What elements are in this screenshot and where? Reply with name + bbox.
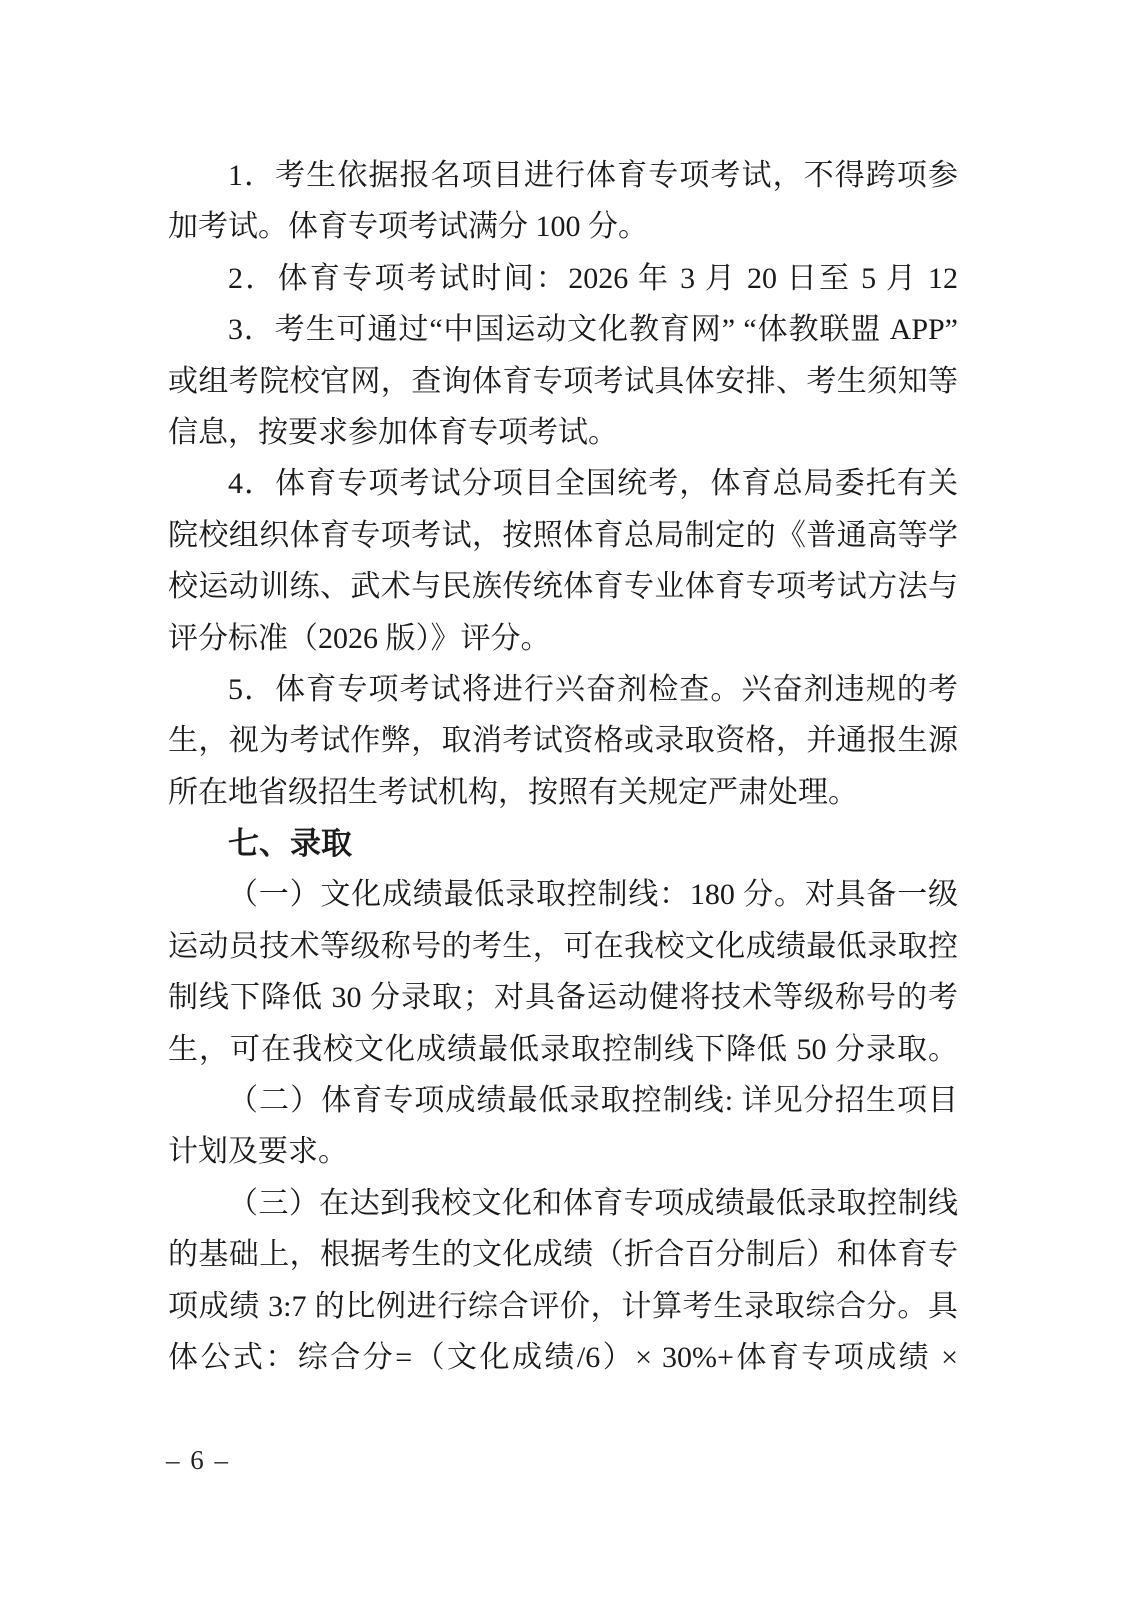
text-line: 3．考生可通过“中国运动文化教育网” “体教联盟 APP” [168, 304, 958, 355]
text-line: （二）体育专项成绩最低录取控制线: 详见分招生项目 [168, 1075, 958, 1126]
item-san: （三）在达到我校文化和体育专项成绩最低录取控制线的基础上，根据考生的文化成绩（折… [168, 1178, 958, 1384]
text-line: 4．体育专项考试分项目全国统考，体育总局委托有关 [168, 458, 958, 509]
document-page: 1．考生依据报名项目进行体育专项考试，不得跨项参加考试。体育专项考试满分 100… [0, 0, 1131, 1600]
page-number: – 6 – [166, 1445, 230, 1476]
text-line: 所在地省级招生考试机构，按照有关规定严肃处理。 [168, 767, 958, 818]
item-4: 4．体育专项考试分项目全国统考，体育总局委托有关院校组织体育专项考试，按照体育总… [168, 458, 958, 664]
text-line: 院校组织体育专项考试，按照体育总局制定的《普通高等学 [168, 510, 958, 561]
document-content: 1．考生依据报名项目进行体育专项考试，不得跨项参加考试。体育专项考试满分 100… [168, 150, 958, 1383]
text-line: 加考试。体育专项考试满分 100 分。 [168, 201, 958, 252]
text-line: 制线下降低 30 分录取；对具备运动健将技术等级称号的考 [168, 972, 958, 1023]
text-line: 生，视为考试作弊，取消考试资格或录取资格，并通报生源 [168, 715, 958, 766]
text-line: 项成绩 3:7 的比例进行综合评价，计算考生录取综合分。具 [168, 1281, 958, 1332]
item-5: 5．体育专项考试将进行兴奋剂检查。兴奋剂违规的考生，视为考试作弊，取消考试资格或… [168, 664, 958, 818]
text-line: （三）在达到我校文化和体育专项成绩最低录取控制线 [168, 1178, 958, 1229]
item-yi: （一）文化成绩最低录取控制线：180 分。对具备一级运动员技术等级称号的考生，可… [168, 869, 958, 1075]
item-1: 1．考生依据报名项目进行体育专项考试，不得跨项参加考试。体育专项考试满分 100… [168, 150, 958, 253]
section-heading-luqu: 七、录取 [168, 818, 958, 869]
text-line: 2．体育专项考试时间：2026 年 3 月 20 日至 5 月 12 日。 [168, 253, 958, 304]
section-heading: 七、录取 [168, 818, 958, 869]
text-line: 信息，按要求参加体育专项考试。 [168, 407, 958, 458]
text-line: 或组考院校官网，查询体育专项考试具体安排、考生须知等 [168, 356, 958, 407]
item-3: 3．考生可通过“中国运动文化教育网” “体教联盟 APP”或组考院校官网，查询体… [168, 304, 958, 458]
text-line: （一）文化成绩最低录取控制线：180 分。对具备一级 [168, 869, 958, 920]
text-line: 生，可在我校文化成绩最低录取控制线下降低 50 分录取。 [168, 1024, 958, 1075]
text-line: 1．考生依据报名项目进行体育专项考试，不得跨项参 [168, 150, 958, 201]
text-line: 的基础上，根据考生的文化成绩（折合百分制后）和体育专 [168, 1229, 958, 1280]
text-line: 运动员技术等级称号的考生，可在我校文化成绩最低录取控 [168, 921, 958, 972]
text-line: 5．体育专项考试将进行兴奋剂检查。兴奋剂违规的考 [168, 664, 958, 715]
text-line: 校运动训练、武术与民族传统体育专业体育专项考试方法与 [168, 561, 958, 612]
item-2: 2．体育专项考试时间：2026 年 3 月 20 日至 5 月 12 日。 [168, 253, 958, 304]
text-line: 评分标准（2026 版）》评分。 [168, 613, 958, 664]
text-line: 计划及要求。 [168, 1126, 958, 1177]
text-line: 体公式：综合分=（文化成绩/6）× 30%+体育专项成绩 × 70%。 [168, 1332, 958, 1383]
item-er: （二）体育专项成绩最低录取控制线: 详见分招生项目计划及要求。 [168, 1075, 958, 1178]
